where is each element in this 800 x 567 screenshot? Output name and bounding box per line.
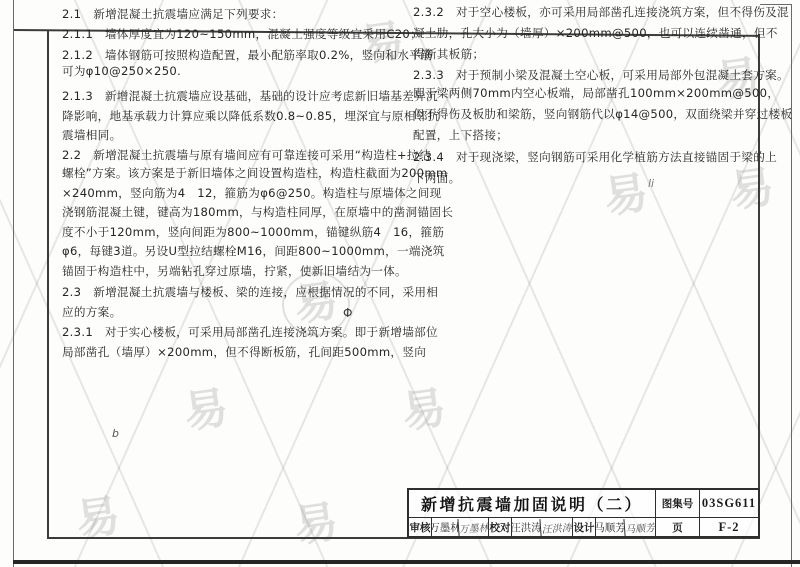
text-line: 2.3.1 对于实心楼板，可采用局部凿孔连接浇筑方案。即于新增墙部位: [62, 324, 438, 340]
text-line: 螺栓”方案。该方案是于新旧墙体之间设置构造柱，构造柱截面为200mm: [62, 165, 448, 181]
text-line: 2.1 新增混凝土抗震墙应满足下列要求：: [62, 6, 284, 22]
atlas-no-value: 03SG611: [699, 490, 758, 517]
text-line: 2.1.2 墙体钢筋可按照构造配置，最小配筋率取0.2%，竖向和水平筋: [62, 47, 433, 63]
page-label: 页: [655, 518, 699, 536]
review-signature: 万墨林: [457, 517, 488, 537]
text-line: 2.3.4 对于现浇梁，竖向钢筋可采用化学植筋方法直接锚固于梁的上: [413, 149, 777, 165]
check-signature: 汪洪涛: [539, 517, 572, 537]
text-line: 配置，上下搭接；: [413, 127, 508, 143]
text-line: 应的方案。: [62, 304, 121, 320]
text-line: 下两面。: [413, 170, 461, 186]
text-line: 即于梁两侧70mm内空心板端，局部凿孔100mm×200mm@500，: [413, 85, 779, 101]
text-line: 震墙相同。: [62, 127, 121, 143]
page-number: F-2: [699, 518, 758, 536]
text-line: 2.1.3 新增混凝土抗震墙应设基础，基础的设计应考虑新旧墙基差异沉: [62, 88, 438, 104]
watermark-glyph: 易: [181, 386, 231, 436]
review-label: 审核: [409, 518, 431, 536]
text-line: 但不得伤及板肋和梁筋，竖向钢筋代以φ14@500，双面绕梁并穿过楼板: [413, 106, 792, 122]
arrow-mark: ↓: [181, 266, 189, 276]
atlas-no-label: 图集号: [655, 490, 699, 517]
handwritten-li-mark: li: [648, 177, 654, 190]
outer-border-right: [791, 4, 792, 567]
watermark-glyph: 易: [601, 171, 651, 221]
outer-border-left: [13, 0, 14, 567]
text-line: 得断其板筋；: [413, 46, 484, 62]
design-name: 马顺芳: [595, 518, 624, 536]
text-line: 可为φ10@250×250.: [62, 63, 181, 79]
review-name: 万墨林: [431, 518, 458, 536]
scanned-document-page: { "document": { "left_column": { "lines"…: [0, 0, 800, 567]
text-line: 降影响，地基承载力计算应乘以降低系数0.8~0.85，埋深宜与原相邻抗: [62, 108, 440, 124]
inner-frame-left-line: [47, 30, 49, 537]
watermark-glyph: 易: [399, 386, 449, 436]
text-line: 2.3.2 对于空心楼板，亦可采用局部凿孔连接浇筑方案，但不得伤及混: [413, 4, 789, 20]
design-label: 设计: [572, 518, 595, 536]
text-line: φ6，每键3道。另设U型拉结螺栓M16，间距800~1000mm，一端浇筑: [62, 243, 445, 259]
handwritten-b-mark: b: [112, 427, 119, 440]
text-line: 凝土肋，孔大小为（墙厚）×200mm@500，也可以连续凿通，但不: [413, 25, 778, 41]
title-block: 新增抗震墙加固说明（二） 图集号 03SG611 审核 万墨林 万墨林 校对 汪…: [407, 488, 760, 538]
title-block-row-2: 审核 万墨林 万墨林 校对 汪洪涛 汪洪涛 设计 马顺芳 马顺芳 页 F-2: [409, 517, 758, 536]
title-block-row-1: 新增抗震墙加固说明（二） 图集号 03SG611: [409, 490, 758, 517]
sheet-title: 新增抗震墙加固说明（二）: [409, 490, 655, 517]
text-line: ×240mm，竖向筋为4 12，箍筋为φ6@250。构造柱与原墙体之间现: [62, 185, 442, 201]
check-label: 校对: [488, 518, 511, 536]
text-line: 2.1.1 墙体厚度宜为120~150mm，混凝土强度等级宜采用C20；: [62, 26, 422, 42]
watermark-glyph: 易: [727, 165, 777, 215]
watermark-glyph: 易: [291, 500, 341, 550]
text-line: 2.2 新增混凝土抗震墙与原有墙间应有可靠连接可采用“构造柱+拉结: [62, 147, 431, 163]
outer-border-bottom: [13, 560, 800, 564]
text-line: 2.3.3 对于预制小梁及混凝土空心板，可采用局部外包混凝土套方案。: [413, 67, 789, 83]
text-line: 浇钢筋混凝土键，键高为180mm，与构造柱同厚，在原墙中的凿洞锚固长: [62, 204, 453, 220]
text-line: 锚固于构造柱中，另端钻孔穿过原墙，拧紧，使新旧墙结为一体。: [62, 263, 407, 279]
text-line: 度不小于120mm，竖向间距为800~1000mm，锚键纵筋4 16，箍筋: [62, 224, 444, 240]
phi-symbol-mark: Φ: [343, 306, 352, 320]
text-line: 局部凿孔（墙厚）×200mm，但不得断板筋，孔间距500mm，竖向: [62, 344, 426, 360]
check-name: 汪洪涛: [511, 518, 540, 536]
text-line: 2.3 新增混凝土抗震墙与楼板、梁的连接，应根据情况的不同，采用相: [62, 284, 438, 300]
design-signature: 马顺芳: [623, 517, 655, 537]
